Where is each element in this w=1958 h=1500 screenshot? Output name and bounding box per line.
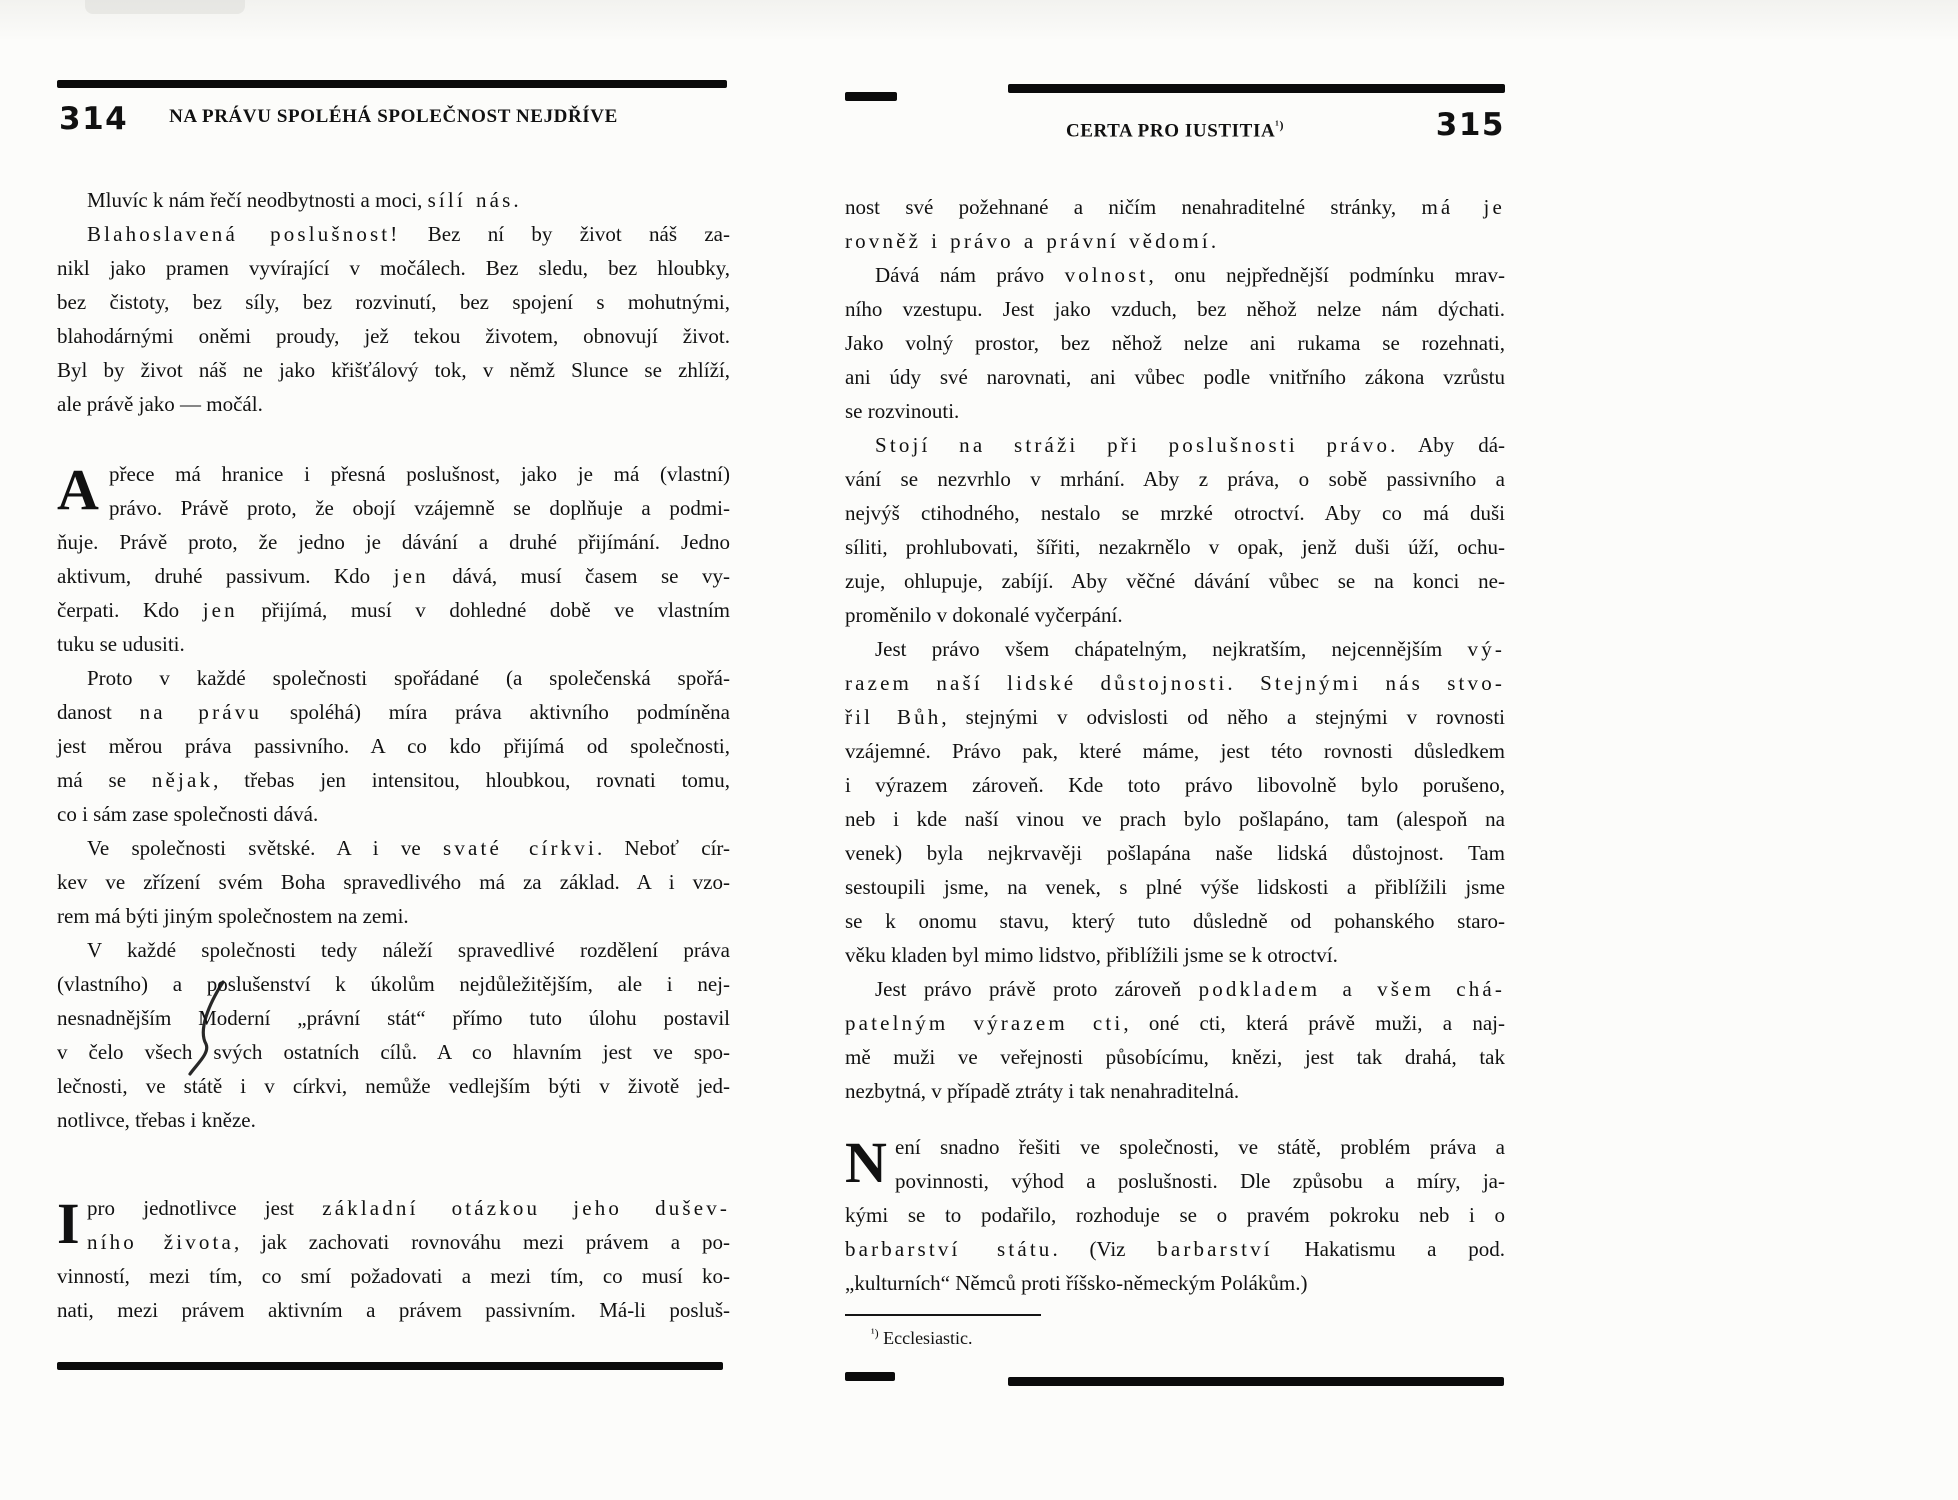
right-page: CERTA PRO IUSTITIA¹) 315 nost své požehn… (845, 76, 1505, 152)
scan-smudge (85, 0, 245, 14)
paragraph: Blahoslavená poslušnost! Bez ní by život… (57, 217, 730, 421)
text-segment: ení snadno řešiti ve společnosti, ve stá… (895, 1135, 1505, 1159)
text-segment: Jako volný prostor, bez něhož nelze ani … (845, 331, 1505, 355)
paragraph: Jest právo všem chápatelným, nejkratším,… (845, 632, 1505, 972)
text-segment: nezbytná, v případě ztráty i tak nenahra… (845, 1079, 1239, 1103)
text-segment: proměnilo v dokonalé vyčerpání. (845, 603, 1123, 627)
footnote-marker: ¹) (871, 1326, 879, 1340)
text-segment: Moderní „právní stát“ přímo tuto úlohu p… (171, 1006, 730, 1030)
text-line: Byl by život náš ne jako křišťálový tok,… (57, 353, 730, 387)
text-line: nesnadnějším Moderní „právní stát“ přímo… (57, 1001, 730, 1035)
text-segment: nati, mezi právem aktivním a právem pass… (57, 1298, 730, 1322)
text-segment: , třebas jen intensitou, hloubkou, rovna… (213, 768, 730, 792)
text-line: přece má hranice i přesná poslušnost, ja… (57, 457, 730, 491)
text-segment: , stejnými v odvislosti od něho a stejný… (941, 705, 1505, 729)
text-line: Jest právo všem chápatelným, nejkratším,… (845, 632, 1505, 666)
text-segment: ního vzestupu. Jest jako vzduch, bez něh… (845, 297, 1505, 321)
text-line: rem má býti jiným společnostem na zemi. (57, 899, 730, 933)
letterspaced-emphasis: nějak (152, 768, 213, 792)
text-line: věku kladen byl mimo lidstvo, přiblížili… (845, 938, 1505, 972)
text-segment: Hakatismu a pod. (1273, 1237, 1505, 1261)
footnote-text: ¹) Ecclesiastic. (845, 1318, 1505, 1353)
text-segment: , oné cti, která právě muži, a naj- (1123, 1011, 1505, 1035)
text-line: i výrazem zároveň. Kde toto právo libovo… (845, 768, 1505, 802)
text-segment: (vlastního) a poslušenství k úkolům nejd… (57, 972, 730, 996)
footnote: ¹) Ecclesiastic. (845, 1314, 1505, 1353)
text-segment: ani údy své narovnati, ani vůbec podle v… (845, 365, 1505, 389)
text-segment: vání se nezvrhlo v mrhání. Aby z práva, … (845, 467, 1505, 491)
text-line: Stojí na stráži při poslušnosti právo. A… (845, 428, 1505, 462)
text-line: lečnosti, ve státě i v církvi, nemůže ve… (57, 1069, 730, 1103)
text-segment: pro jednotlivce jest (87, 1196, 322, 1220)
text-line: bez čistoty, bez síly, bez rozvinutí, be… (57, 285, 730, 319)
letterspaced-emphasis: razem naší lidské důstojnosti. Stejnými … (845, 671, 1505, 695)
text-segment: , jak zachovati rovnováhu mezi právem a … (234, 1230, 730, 1254)
text-segment: věku kladen byl mimo lidstvo, přiblížili… (845, 943, 1338, 967)
text-line: (vlastního) a poslušenství k úkolům nejd… (57, 967, 730, 1001)
text-line: notlivce, třebas i kněze. (57, 1103, 730, 1137)
text-segment: co i sám zase společnosti dává. (57, 802, 318, 826)
text-line: aktivum, druhé passivum. Kdo jen dává, m… (57, 559, 730, 593)
left-header-rule (57, 80, 727, 88)
text-line: povinnosti, výhod a poslušnosti. Dle způ… (845, 1164, 1505, 1198)
right-page-header: CERTA PRO IUSTITIA¹) 315 (845, 108, 1505, 152)
right-footer-rule-dash (845, 1372, 895, 1381)
text-segment: nikl jako pramen vyvírající v močálech. … (57, 256, 730, 280)
text-line: Mluvíc k nám řečí neodbytnosti a moci, s… (57, 183, 730, 217)
text-segment: Jest právo právě proto zároveň (875, 977, 1199, 1001)
text-line: jest měrou práva passivního. A co kdo př… (57, 729, 730, 763)
text-segment: . (513, 188, 518, 212)
text-segment: Byl by život náš ne jako křišťálový tok,… (57, 358, 730, 382)
letterspaced-emphasis: volnost (1065, 263, 1149, 287)
text-line: právo. Právě proto, že obojí vzájemně se… (57, 491, 730, 525)
letterspaced-emphasis: Blahoslavená poslušnost! (87, 222, 400, 246)
right-page-number: 315 (1436, 108, 1505, 142)
paragraph: Apřece má hranice i přesná poslušnost, j… (57, 457, 730, 661)
text-segment: rem má býti jiným společnostem na zemi. (57, 904, 409, 928)
text-line: rovněž i právo a právní vědomí. (845, 224, 1505, 258)
text-line: barbarství státu. (Viz barbarství Hakati… (845, 1232, 1505, 1266)
text-segment: zuje, ohlupuje, zabíjí. Aby věčné dávání… (845, 569, 1505, 593)
text-segment: , onu nejpřednější podmínku mrav- (1149, 263, 1505, 287)
letterspaced-emphasis: Stojí na stráži při poslušnosti právo (875, 433, 1390, 457)
letterspaced-emphasis: jen (394, 564, 429, 588)
left-page: 314 NA PRÁVU SPOLÉHÁ SPOLEČNOST NEJDŘÍVE… (57, 80, 730, 144)
footnote-rule (845, 1314, 1041, 1316)
drop-cap-letter: N (845, 1133, 887, 1193)
text-line: „kulturních“ Němců proti říšsko-německým… (845, 1266, 1505, 1300)
text-segment: Ve společnosti světské. A i ve (87, 836, 443, 860)
paragraph: Ipro jednotlivce jest základní otázkou j… (57, 1191, 730, 1327)
text-line: V každé společnosti tedy náleží spravedl… (57, 933, 730, 967)
text-segment: Mluvíc k nám řečí neodbytnosti a moci, (87, 188, 428, 212)
text-segment: síliti, prohlubovati, šířiti, nezakrnělo… (845, 535, 1505, 559)
letterspaced-emphasis: vý- (1468, 637, 1505, 661)
text-line: nezbytná, v případě ztráty i tak nenahra… (845, 1074, 1505, 1108)
letterspaced-emphasis: rovněž i právo a právní vědomí (845, 229, 1211, 253)
text-line: mě muži ve veřejnosti působícímu, knězi,… (845, 1040, 1505, 1074)
text-segment: ňuje. Právě proto, že jedno je dávání a … (57, 530, 730, 554)
text-line: Jako volný prostor, bez něhož nelze ani … (845, 326, 1505, 360)
text-line: Ve společnosti světské. A i ve svaté cír… (57, 831, 730, 865)
text-segment: nesnadnějším (57, 1006, 171, 1030)
text-segment: jest měrou práva passivního. A co kdo př… (57, 734, 730, 758)
paragraph: Není snadno řešiti ve společnosti, ve st… (845, 1130, 1505, 1300)
book-scan-canvas: { "artifacts": { "ink_stroke_note": "han… (0, 0, 1958, 1500)
text-line: má se nějak, třebas jen intensitou, hlou… (57, 763, 730, 797)
letterspaced-emphasis: na právu (140, 700, 262, 724)
text-line: Blahoslavená poslušnost! Bez ní by život… (57, 217, 730, 251)
text-segment: . (1211, 229, 1216, 253)
text-line: ani údy své narovnati, ani vůbec podle v… (845, 360, 1505, 394)
text-segment: čerpati. Kdo (57, 598, 203, 622)
text-line: nost své požehnané a ničím nenahraditeln… (845, 190, 1505, 224)
letterspaced-emphasis: řil Bůh (845, 705, 941, 729)
text-segment: ale právě jako — močál. (57, 392, 263, 416)
text-line: venek) byla nejkrvavěji pošlapána naše l… (845, 836, 1505, 870)
text-segment: sestoupili jsme, na venek, s plné výše l… (845, 875, 1505, 899)
text-segment: právo. Právě proto, že obojí vzájemně se… (109, 496, 730, 520)
letterspaced-emphasis: podkladem a všem chá- (1199, 977, 1505, 1001)
text-line: ního vzestupu. Jest jako vzduch, bez něh… (845, 292, 1505, 326)
paragraph: nost své požehnané a ničím nenahraditeln… (845, 190, 1505, 258)
text-segment: „kulturních“ Němců proti říšsko-německým… (845, 1271, 1307, 1295)
text-segment: přece má hranice i přesná poslušnost, ja… (109, 462, 730, 486)
paragraph: Proto v každé společnosti spořádané (a s… (57, 661, 730, 831)
text-line: ního života, jak zachovati rovnováhu mez… (57, 1225, 730, 1259)
text-segment: kými se to podařilo, rozhoduje se o prav… (845, 1203, 1505, 1227)
letterspaced-emphasis: sílí nás (428, 188, 514, 212)
drop-cap-letter: A (57, 460, 99, 520)
paragraph: Mluvíc k nám řečí neodbytnosti a moci, s… (57, 183, 730, 217)
text-segment: lečnosti, ve státě i v církvi, nemůže ve… (57, 1074, 730, 1098)
letterspaced-emphasis: svaté církvi (443, 836, 597, 860)
text-line: danost na právu spoléhá) míra práva akti… (57, 695, 730, 729)
text-segment: povinnosti, výhod a poslušnosti. Dle způ… (895, 1169, 1505, 1193)
right-header-rule-main (1008, 84, 1505, 93)
text-line: kými se to podařilo, rozhoduje se o prav… (845, 1198, 1505, 1232)
text-segment: kev ve zřízení svém Boha spravedlivého m… (57, 870, 730, 894)
letterspaced-emphasis: má je (1421, 195, 1505, 219)
text-segment: . Aby dá- (1390, 433, 1505, 457)
text-segment: . (Viz (1052, 1237, 1157, 1261)
text-line: razem naší lidské důstojnosti. Stejnými … (845, 666, 1505, 700)
text-line: vzájemné. Právo pak, které máme, jest té… (845, 734, 1505, 768)
text-line: vání se nezvrhlo v mrhání. Aby z práva, … (845, 462, 1505, 496)
left-running-title: NA PRÁVU SPOLÉHÁ SPOLEČNOST NEJDŘÍVE (57, 106, 730, 128)
letterspaced-emphasis: ního života (87, 1230, 234, 1254)
right-footer-rule (1008, 1377, 1504, 1386)
text-segment: danost (57, 700, 140, 724)
text-line: nejvýš ctihodného, nestalo se mrzké otro… (845, 496, 1505, 530)
text-line: síliti, prohlubovati, šířiti, nezakrnělo… (845, 530, 1505, 564)
text-line: patelným výrazem cti, oné cti, která prá… (845, 1006, 1505, 1040)
text-segment: nost své požehnané a ničím nenahraditeln… (845, 195, 1421, 219)
text-line: se rozvinouti. (845, 394, 1505, 428)
letterspaced-emphasis: patelným výrazem cti (845, 1011, 1123, 1035)
letterspaced-emphasis: barbarství státu (845, 1237, 1052, 1261)
text-line: sestoupili jsme, na venek, s plné výše l… (845, 870, 1505, 904)
paragraph: V každé společnosti tedy náleží spravedl… (57, 933, 730, 1137)
text-segment: Proto v každé společnosti spořádané (a s… (87, 666, 730, 690)
paragraph: Ve společnosti světské. A i ve svaté cír… (57, 831, 730, 933)
text-segment: Bez ní by život náš za- (400, 222, 730, 246)
text-segment: tuku se udusiti. (57, 632, 185, 656)
text-segment: spoléhá) míra práva aktivního podmíněna (262, 700, 730, 724)
text-segment: nejvýš ctihodného, nestalo se mrzké otro… (845, 501, 1505, 525)
text-segment: vzájemné. Právo pak, které máme, jest té… (845, 739, 1505, 763)
letterspaced-emphasis: jen (203, 598, 238, 622)
text-line: čerpati. Kdo jen přijímá, musí v dohledn… (57, 593, 730, 627)
text-line: ňuje. Právě proto, že jedno je dávání a … (57, 525, 730, 559)
text-segment: venek) byla nejkrvavěji pošlapána naše l… (845, 841, 1505, 865)
text-line: vinností, mezi tím, co smí požadovati a … (57, 1259, 730, 1293)
text-line: Jest právo právě proto zároveň podkladem… (845, 972, 1505, 1006)
text-line: Dává nám právo volnost, onu nejpřednější… (845, 258, 1505, 292)
right-header-rule (845, 76, 1505, 96)
text-line: řil Bůh, stejnými v odvislosti od něho a… (845, 700, 1505, 734)
text-segment: Dává nám právo (875, 263, 1065, 287)
right-header-rule-dash (845, 92, 897, 101)
text-segment: i výrazem zároveň. Kde toto právo libovo… (845, 773, 1505, 797)
text-segment: aktivum, druhé passivum. Kdo (57, 564, 394, 588)
left-footer-rule (57, 1362, 723, 1370)
text-segment: Jest právo všem chápatelným, nejkratším,… (875, 637, 1468, 661)
right-running-title: CERTA PRO IUSTITIA¹) (845, 118, 1505, 142)
text-line: nati, mezi právem aktivním a právem pass… (57, 1293, 730, 1327)
text-line: ení snadno řešiti ve společnosti, ve stá… (845, 1130, 1505, 1164)
text-line: Proto v každé společnosti spořádané (a s… (57, 661, 730, 695)
text-segment: V každé společnosti tedy náleží spravedl… (87, 938, 730, 962)
footnote-reference-mark: ¹) (1275, 118, 1284, 132)
text-segment: . Neboť cír- (597, 836, 730, 860)
text-segment: neb i kde naší vinou ve prach bylo pošla… (845, 807, 1505, 831)
text-line: tuku se udusiti. (57, 627, 730, 661)
text-segment: se k onomu stavu, který tuto důsledně od… (845, 909, 1505, 933)
text-line: nikl jako pramen vyvírající v močálech. … (57, 251, 730, 285)
text-segment: má se (57, 768, 152, 792)
letterspaced-emphasis: základní otázkou jeho dušev- (322, 1196, 730, 1220)
text-line: neb i kde naší vinou ve prach bylo pošla… (845, 802, 1505, 836)
text-segment: v čelo všech svých ostatních cílů. A co … (57, 1040, 730, 1064)
text-line: co i sám zase společnosti dává. (57, 797, 730, 831)
paragraph: Dává nám právo volnost, onu nejpřednější… (845, 258, 1505, 428)
text-line: v čelo všech svých ostatních cílů. A co … (57, 1035, 730, 1069)
text-line: ale právě jako — močál. (57, 387, 730, 421)
text-segment: notlivce, třebas i kněze. (57, 1108, 256, 1132)
text-segment: mě muži ve veřejnosti působícímu, knězi,… (845, 1045, 1505, 1069)
text-line: zuje, ohlupuje, zabíjí. Aby věčné dávání… (845, 564, 1505, 598)
left-page-header: 314 NA PRÁVU SPOLÉHÁ SPOLEČNOST NEJDŘÍVE (57, 100, 730, 144)
paragraph: Jest právo právě proto zároveň podkladem… (845, 972, 1505, 1108)
text-segment: se rozvinouti. (845, 399, 959, 423)
text-segment: bez čistoty, bez síly, bez rozvinutí, be… (57, 290, 730, 314)
text-line: pro jednotlivce jest základní otázkou je… (57, 1191, 730, 1225)
paragraph: Stojí na stráži při poslušnosti právo. A… (845, 428, 1505, 632)
right-running-title-text: CERTA PRO IUSTITIA (1066, 120, 1275, 141)
right-page-body: nost své požehnané a ničím nenahraditeln… (845, 190, 1505, 1353)
text-segment: přijímá, musí v dohledné době ve vlastní… (238, 598, 730, 622)
text-line: proměnilo v dokonalé vyčerpání. (845, 598, 1505, 632)
text-line: blahodárnými oněmi proudy, jež tekou živ… (57, 319, 730, 353)
text-line: se k onomu stavu, který tuto důsledně od… (845, 904, 1505, 938)
drop-cap-letter: I (57, 1194, 80, 1254)
text-segment: vinností, mezi tím, co smí požadovati a … (57, 1264, 730, 1288)
text-segment: blahodárnými oněmi proudy, jež tekou živ… (57, 324, 730, 348)
text-segment: dává, musí časem se vy- (429, 564, 730, 588)
left-page-body: Mluvíc k nám řečí neodbytnosti a moci, s… (57, 183, 730, 1327)
letterspaced-emphasis: barbarství (1157, 1237, 1272, 1261)
text-line: kev ve zřízení svém Boha spravedlivého m… (57, 865, 730, 899)
